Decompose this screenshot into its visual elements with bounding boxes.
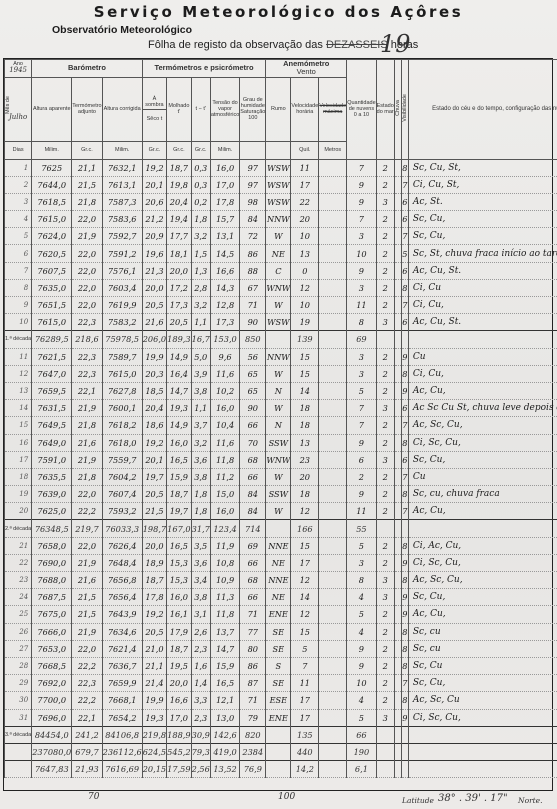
decade-label: 2.ª década <box>5 520 32 537</box>
cell-humid: 88 <box>240 262 266 279</box>
cell-tensao: 17,3 <box>210 314 239 331</box>
cell-mar <box>376 331 394 348</box>
cell-alt-ap: 76348,5 <box>32 520 72 537</box>
cell-vel: 14 <box>291 382 319 399</box>
cell-diff: 3,4 <box>191 572 210 589</box>
cell-seco: 624,5 <box>142 743 166 760</box>
cell-humid: 98 <box>240 193 266 210</box>
cell-alt-cor: 7613,1 <box>102 176 142 193</box>
cell-mar: 2 <box>376 245 394 262</box>
cell-vis <box>401 520 408 537</box>
cell-chuva <box>394 640 401 657</box>
cell-neb: 4 <box>347 692 376 709</box>
cell-chuva <box>394 262 401 279</box>
cell-max <box>319 537 347 554</box>
cell-seco: 21,4 <box>142 675 166 692</box>
cell-humid: 84 <box>240 211 266 228</box>
cell-max <box>319 228 347 245</box>
cell-vis: 8 <box>401 537 408 554</box>
table-row: 207625,022,27593,221,519,71,816,084W1211… <box>5 503 557 520</box>
cell-chuva <box>394 297 401 314</box>
cell-molh: 189,3 <box>167 331 191 348</box>
cell-ceu: Ac, Cu, <box>408 382 557 399</box>
cell-humid: 80 <box>240 640 266 657</box>
cell-term: 21,6 <box>72 434 102 451</box>
cell-diff: 1,1 <box>191 314 210 331</box>
cell-max <box>319 279 347 296</box>
cell-vel: 11 <box>291 675 319 692</box>
cell-max <box>319 743 347 760</box>
cell-alt-ap: 7607,5 <box>32 262 72 279</box>
cell-vis <box>401 331 408 348</box>
cell-diff: 5,0 <box>191 348 210 365</box>
cell-seco: 219,8 <box>142 726 166 743</box>
cell-molh: 167,0 <box>167 520 191 537</box>
cell-humid: 66 <box>240 417 266 434</box>
cell-vel: 5 <box>291 640 319 657</box>
cell-neb: 5 <box>347 537 376 554</box>
cell-neb: 9 <box>347 434 376 451</box>
cell-diff: 31,7 <box>191 520 210 537</box>
cell-humid: 87 <box>240 675 266 692</box>
cell-mar: 2 <box>376 159 394 176</box>
cell-term: 21,9 <box>72 623 102 640</box>
cell-diff: 2,3 <box>191 640 210 657</box>
cell-alt-cor: 7604,2 <box>102 468 142 485</box>
cloud-amount-header: Quantidade de nuvens 0 a 10 <box>347 60 376 160</box>
cell-vel: 12 <box>291 503 319 520</box>
cell-alt-ap: 7688,0 <box>32 572 72 589</box>
cell-diff: 2,8 <box>191 279 210 296</box>
cell-ceu: Ac Sc Cu St, chuva leve depois das 16 h <box>408 400 557 417</box>
cell-tensao: 14,3 <box>210 279 239 296</box>
cell-ceu: Sc, cu, chuva fraca <box>408 486 557 503</box>
cell-term: 21,6 <box>72 572 102 589</box>
cell-seco: 19,9 <box>142 692 166 709</box>
cell-max <box>319 297 347 314</box>
cell-seco: 21,3 <box>142 262 166 279</box>
cell-mar <box>376 726 394 743</box>
cell-chuva <box>394 537 401 554</box>
cell-ceu: Ci, Cu, St, <box>408 176 557 193</box>
cell-rumo: C <box>266 262 291 279</box>
cell-humid: 97 <box>240 159 266 176</box>
cell-vel: 14 <box>291 589 319 606</box>
cell-alt-ap: 7635,5 <box>32 468 72 485</box>
cell-rumo: W <box>266 468 291 485</box>
cell-term: 22,0 <box>72 537 102 554</box>
cell-mar <box>376 520 394 537</box>
cell-alt-cor: 7615,0 <box>102 365 142 382</box>
cell-molh: 15,3 <box>167 554 191 571</box>
cell-ceu: Sc, Cu, <box>408 675 557 692</box>
cell-humid: 65 <box>240 382 266 399</box>
cell-neb: 5 <box>347 709 376 726</box>
cell-rumo: NNW <box>266 211 291 228</box>
cell-rumo: WNW <box>266 451 291 468</box>
day-number: 5 <box>5 228 32 245</box>
decade-label <box>5 761 32 778</box>
cell-alt-cor: 7636,7 <box>102 657 142 674</box>
sheet-label: Fôlha de registo da observação das DEZAS… <box>148 39 418 51</box>
cell-mar: 2 <box>376 382 394 399</box>
cell-tensao: 9,6 <box>210 348 239 365</box>
cell-alt-cor: 7589,7 <box>102 348 142 365</box>
cell-mar: 2 <box>376 692 394 709</box>
cell-vis: 6 <box>401 400 408 417</box>
cell-rumo: NNE <box>266 572 291 589</box>
cell-neb: 66 <box>347 726 376 743</box>
cell-tensao: 419,0 <box>210 743 239 760</box>
day-number: 7 <box>5 262 32 279</box>
cell-mar: 2 <box>376 537 394 554</box>
cell-vel: 166 <box>291 520 319 537</box>
cell-ceu: Ci, Sc, Cu, <box>408 434 557 451</box>
cell-term: 21,8 <box>72 468 102 485</box>
cell-ceu: Ac, Cu, <box>408 503 557 520</box>
cell-alt-cor: 7632,1 <box>102 159 142 176</box>
cell-chuva <box>394 279 401 296</box>
cell-ceu: Ci, Cu <box>408 279 557 296</box>
cell-mar: 2 <box>376 657 394 674</box>
table-row: 37618,521,87587,320,620,40,217,898WSW229… <box>5 193 557 210</box>
cell-max <box>319 331 347 348</box>
day-number: 16 <box>5 434 32 451</box>
cell-neb: 3 <box>347 279 376 296</box>
cell-alt-cor: 236112,6 <box>102 743 142 760</box>
cell-ceu: Ac, Sc, Cu, <box>408 572 557 589</box>
cell-tensao: 16,5 <box>210 675 239 692</box>
latitude-value: 38° . 39' . 17" <box>438 793 508 804</box>
cell-vel: 23 <box>291 451 319 468</box>
cell-max <box>319 761 347 778</box>
cell-seco: 21,5 <box>142 503 166 520</box>
decade-label <box>5 743 32 760</box>
cell-max <box>319 503 347 520</box>
cell-max <box>319 726 347 743</box>
cell-seco: 20,5 <box>142 623 166 640</box>
cell-tensao: 15,9 <box>210 657 239 674</box>
cell-seco: 19,6 <box>142 245 166 262</box>
cell-tensao: 15,7 <box>210 211 239 228</box>
day-number: 20 <box>5 503 32 520</box>
cell-mar <box>376 743 394 760</box>
vapor-tension-header: Tensão do vapor atmosférico <box>210 77 239 141</box>
cell-tensao: 12,8 <box>210 297 239 314</box>
cell-alt-ap: 7666,0 <box>32 623 72 640</box>
cell-alt-cor: 7576,1 <box>102 262 142 279</box>
cell-chuva <box>394 606 401 623</box>
cell-rumo: NNE <box>266 537 291 554</box>
cell-term: 22,1 <box>72 382 102 399</box>
cell-chuva <box>394 743 401 760</box>
cell-alt-cor: 7593,2 <box>102 503 142 520</box>
cell-alt-ap: 7621,5 <box>32 348 72 365</box>
cell-seco: 21,1 <box>142 657 166 674</box>
cell-rumo <box>266 761 291 778</box>
cell-rumo: W <box>266 400 291 417</box>
cell-seco: 21,2 <box>142 211 166 228</box>
cell-chuva <box>394 451 401 468</box>
cell-neb: 9 <box>347 262 376 279</box>
cell-seco: 20,5 <box>142 486 166 503</box>
apparent-height-header: Altura aparente <box>32 77 72 141</box>
cell-neb: 3 <box>347 348 376 365</box>
table-row: 287668,522,27636,721,119,51,615,986S7928… <box>5 657 557 674</box>
cell-seco: 20,1 <box>142 451 166 468</box>
day-number: 29 <box>5 675 32 692</box>
cell-max <box>319 709 347 726</box>
cell-molh: 14,7 <box>167 382 191 399</box>
cell-rumo: SE <box>266 623 291 640</box>
cell-alt-ap: 7625 <box>32 159 72 176</box>
cell-diff: 3,2 <box>191 297 210 314</box>
cell-vis: 8 <box>401 486 408 503</box>
cell-humid: 84 <box>240 486 266 503</box>
cell-vis: 8 <box>401 692 408 709</box>
cell-alt-ap: 7649,0 <box>32 434 72 451</box>
cell-neb: 55 <box>347 520 376 537</box>
day-number: 31 <box>5 709 32 726</box>
cell-tensao: 14,5 <box>210 245 239 262</box>
cell-molh: 18,7 <box>167 159 191 176</box>
cell-term: 22,0 <box>72 279 102 296</box>
day-number: 6 <box>5 245 32 262</box>
cell-neb: 11 <box>347 503 376 520</box>
summary-row: 3.ª década84454,0241,284106,8219,8188,93… <box>5 726 557 743</box>
footer: 70 100 Latitude 38° . 39' . 17" Norte. <box>0 796 557 809</box>
register-sheet: Serviço Meteorológico dos Açôres Observa… <box>0 0 557 809</box>
cell-humid: 66 <box>240 468 266 485</box>
cell-chuva <box>394 400 401 417</box>
day-number: 11 <box>5 348 32 365</box>
cell-ceu: Ci, Ac, Cu, <box>408 537 557 554</box>
table-row: 137659,522,17627,818,514,73,810,265N1452… <box>5 382 557 399</box>
cell-neb: 4 <box>347 623 376 640</box>
cell-term: 21,5 <box>72 589 102 606</box>
cell-diff: 0,3 <box>191 176 210 193</box>
cell-rumo: NE <box>266 245 291 262</box>
cell-tensao: 16,0 <box>210 400 239 417</box>
cell-diff: 3,6 <box>191 451 210 468</box>
cell-diff: 1,8 <box>191 503 210 520</box>
cell-molh: 17,2 <box>167 279 191 296</box>
cell-alt-cor: 7648,4 <box>102 554 142 571</box>
day-number: 24 <box>5 589 32 606</box>
cell-ceu: Sc, Cu <box>408 657 557 674</box>
cell-alt-ap: 7658,0 <box>32 537 72 554</box>
cell-mar: 2 <box>376 297 394 314</box>
cell-vis: 6 <box>401 451 408 468</box>
institution-title: Serviço Meteorológico dos Açôres <box>0 3 557 21</box>
table-row: 267666,021,97634,620,517,92,613,777SE154… <box>5 623 557 640</box>
cell-alt-cor: 7583,6 <box>102 211 142 228</box>
cell-vis: 8 <box>401 159 408 176</box>
corrected-height-header: Altura corrigida <box>102 77 142 141</box>
table-row: 227690,021,97648,418,915,33,610,866NE173… <box>5 554 557 571</box>
cell-max <box>319 434 347 451</box>
cell-neb: 4 <box>347 589 376 606</box>
days-label: Dias <box>5 141 32 159</box>
cell-rumo: NE <box>266 589 291 606</box>
cell-tensao: 11,6 <box>210 434 239 451</box>
cell-rumo: ENE <box>266 606 291 623</box>
cell-humid: 76,9 <box>240 761 266 778</box>
cell-max <box>319 348 347 365</box>
cell-chuva <box>394 314 401 331</box>
cell-alt-cor: 7656,4 <box>102 589 142 606</box>
cell-max <box>319 572 347 589</box>
cell-alt-ap: 7635,0 <box>32 279 72 296</box>
cell-neb: 190 <box>347 743 376 760</box>
cell-humid: 68 <box>240 451 266 468</box>
cell-alt-cor: 7654,2 <box>102 709 142 726</box>
cell-neb: 6 <box>347 451 376 468</box>
cell-ceu: Sc, Cu, <box>408 589 557 606</box>
cell-rumo: WSW <box>266 159 291 176</box>
difference-header: t − t' <box>191 77 210 141</box>
cell-seco: 18,5 <box>142 382 166 399</box>
cell-alt-ap: 7615,0 <box>32 314 72 331</box>
cell-mar <box>376 761 394 778</box>
cell-ceu: Ac, St. <box>408 193 557 210</box>
cell-rumo: W <box>266 365 291 382</box>
cell-vis: 8 <box>401 640 408 657</box>
cell-term: 22,3 <box>72 675 102 692</box>
day-number: 28 <box>5 657 32 674</box>
cell-ceu: Sc, Cu, St, <box>408 159 557 176</box>
cell-rumo: WSW <box>266 193 291 210</box>
cell-tensao: 142,6 <box>210 726 239 743</box>
cell-alt-ap: 7651,5 <box>32 297 72 314</box>
cell-seco: 20,9 <box>142 228 166 245</box>
cell-ceu: Ci, Cu, <box>408 297 557 314</box>
cell-molh: 20,0 <box>167 262 191 279</box>
cell-humid: 86 <box>240 245 266 262</box>
cell-vel: 15 <box>291 537 319 554</box>
cell-neb: 9 <box>347 193 376 210</box>
cell-ceu: Ac, Cu, St. <box>408 314 557 331</box>
cell-rumo: ENE <box>266 709 291 726</box>
table-row: 87635,022,07603,420,017,22,814,367WNW123… <box>5 279 557 296</box>
cell-term: 679,7 <box>72 743 102 760</box>
cell-ceu <box>408 520 557 537</box>
cell-term: 218,6 <box>72 331 102 348</box>
cell-alt-ap: 7615,0 <box>32 211 72 228</box>
cell-vis: 7 <box>401 417 408 434</box>
dry-bulb-header: À sombraSêco t <box>142 77 166 141</box>
cell-alt-cor: 7591,2 <box>102 245 142 262</box>
table-row: 177591,021,97559,720,116,53,611,868WNW23… <box>5 451 557 468</box>
cell-molh: 18,7 <box>167 640 191 657</box>
cell-seco: 21,6 <box>142 314 166 331</box>
cell-mar: 3 <box>376 572 394 589</box>
cell-humid: 71 <box>240 692 266 709</box>
cell-humid: 97 <box>240 176 266 193</box>
wind-speed-header: Velocidade horária <box>291 77 319 141</box>
cell-humid: 79 <box>240 709 266 726</box>
cell-max <box>319 159 347 176</box>
cell-seco: 19,2 <box>142 434 166 451</box>
barometer-header: Barómetro <box>32 60 143 78</box>
day-number: 26 <box>5 623 32 640</box>
table-row: 127647,022,37615,020,316,43,911,665W1532… <box>5 365 557 382</box>
cell-molh: 15,9 <box>167 468 191 485</box>
cell-max <box>319 675 347 692</box>
cell-tensao: 13,7 <box>210 623 239 640</box>
cell-tensao: 14,7 <box>210 640 239 657</box>
day-number: 25 <box>5 606 32 623</box>
year-cell: Ano1945 <box>5 60 32 78</box>
cell-humid: 65 <box>240 365 266 382</box>
cell-chuva <box>394 176 401 193</box>
cell-vis: 7 <box>401 228 408 245</box>
cell-rumo <box>266 743 291 760</box>
cell-ceu: Ac, Sc, Cu, <box>408 417 557 434</box>
cell-tensao: 17,0 <box>210 176 239 193</box>
cell-humid: 67 <box>240 279 266 296</box>
cell-ceu: Cu <box>408 348 557 365</box>
cell-alt-cor: 76033,3 <box>102 520 142 537</box>
cell-rumo <box>266 331 291 348</box>
table-row: 257675,021,57643,919,216,13,111,871ENE12… <box>5 606 557 623</box>
cell-tensao: 10,4 <box>210 417 239 434</box>
cell-diff: 3,8 <box>191 468 210 485</box>
wet-bulb-header: Molhado t' <box>167 77 191 141</box>
cell-vis <box>401 726 408 743</box>
cell-diff: 0,3 <box>191 159 210 176</box>
cell-alt-ap: 7700,0 <box>32 692 72 709</box>
cell-tensao: 153,0 <box>210 331 239 348</box>
cell-humid: 66 <box>240 589 266 606</box>
cell-mar: 2 <box>376 554 394 571</box>
cell-tensao: 15,0 <box>210 486 239 503</box>
cell-molh: 16,5 <box>167 537 191 554</box>
cell-vis: 9 <box>401 709 408 726</box>
cell-tensao: 16,6 <box>210 262 239 279</box>
cell-neb: 9 <box>347 176 376 193</box>
cell-tensao: 16,0 <box>210 159 239 176</box>
cell-vel: 18 <box>291 486 319 503</box>
table-row: 1762521,17632,119,218,70,316,097WSW11728… <box>5 159 557 176</box>
cell-term: 21,8 <box>72 417 102 434</box>
cell-diff: 0,2 <box>191 193 210 210</box>
table-row: 77607,522,07576,121,320,01,316,688C0926A… <box>5 262 557 279</box>
cell-term: 21,9 <box>72 228 102 245</box>
cell-alt-cor: 7619,9 <box>102 297 142 314</box>
cell-chuva <box>394 520 401 537</box>
cell-molh: 14,9 <box>167 348 191 365</box>
cell-diff: 3,2 <box>191 434 210 451</box>
cell-chuva <box>394 709 401 726</box>
cell-alt-cor: 7626,4 <box>102 537 142 554</box>
cell-neb: 11 <box>347 297 376 314</box>
cell-vis <box>401 743 408 760</box>
cell-molh: 20,4 <box>167 193 191 210</box>
cell-vel: 10 <box>291 228 319 245</box>
cell-molh: 17,59 <box>167 761 191 778</box>
cell-max <box>319 400 347 417</box>
cell-diff: 1,8 <box>191 211 210 228</box>
cell-ceu: Ac, Sc, Cu <box>408 692 557 709</box>
cell-alt-cor: 7603,4 <box>102 279 142 296</box>
cell-term: 22,0 <box>72 640 102 657</box>
cell-diff: 3,8 <box>191 382 210 399</box>
cell-rumo: WSW <box>266 314 291 331</box>
cell-neb: 9 <box>347 486 376 503</box>
cell-molh: 15,3 <box>167 572 191 589</box>
cell-neb: 5 <box>347 382 376 399</box>
